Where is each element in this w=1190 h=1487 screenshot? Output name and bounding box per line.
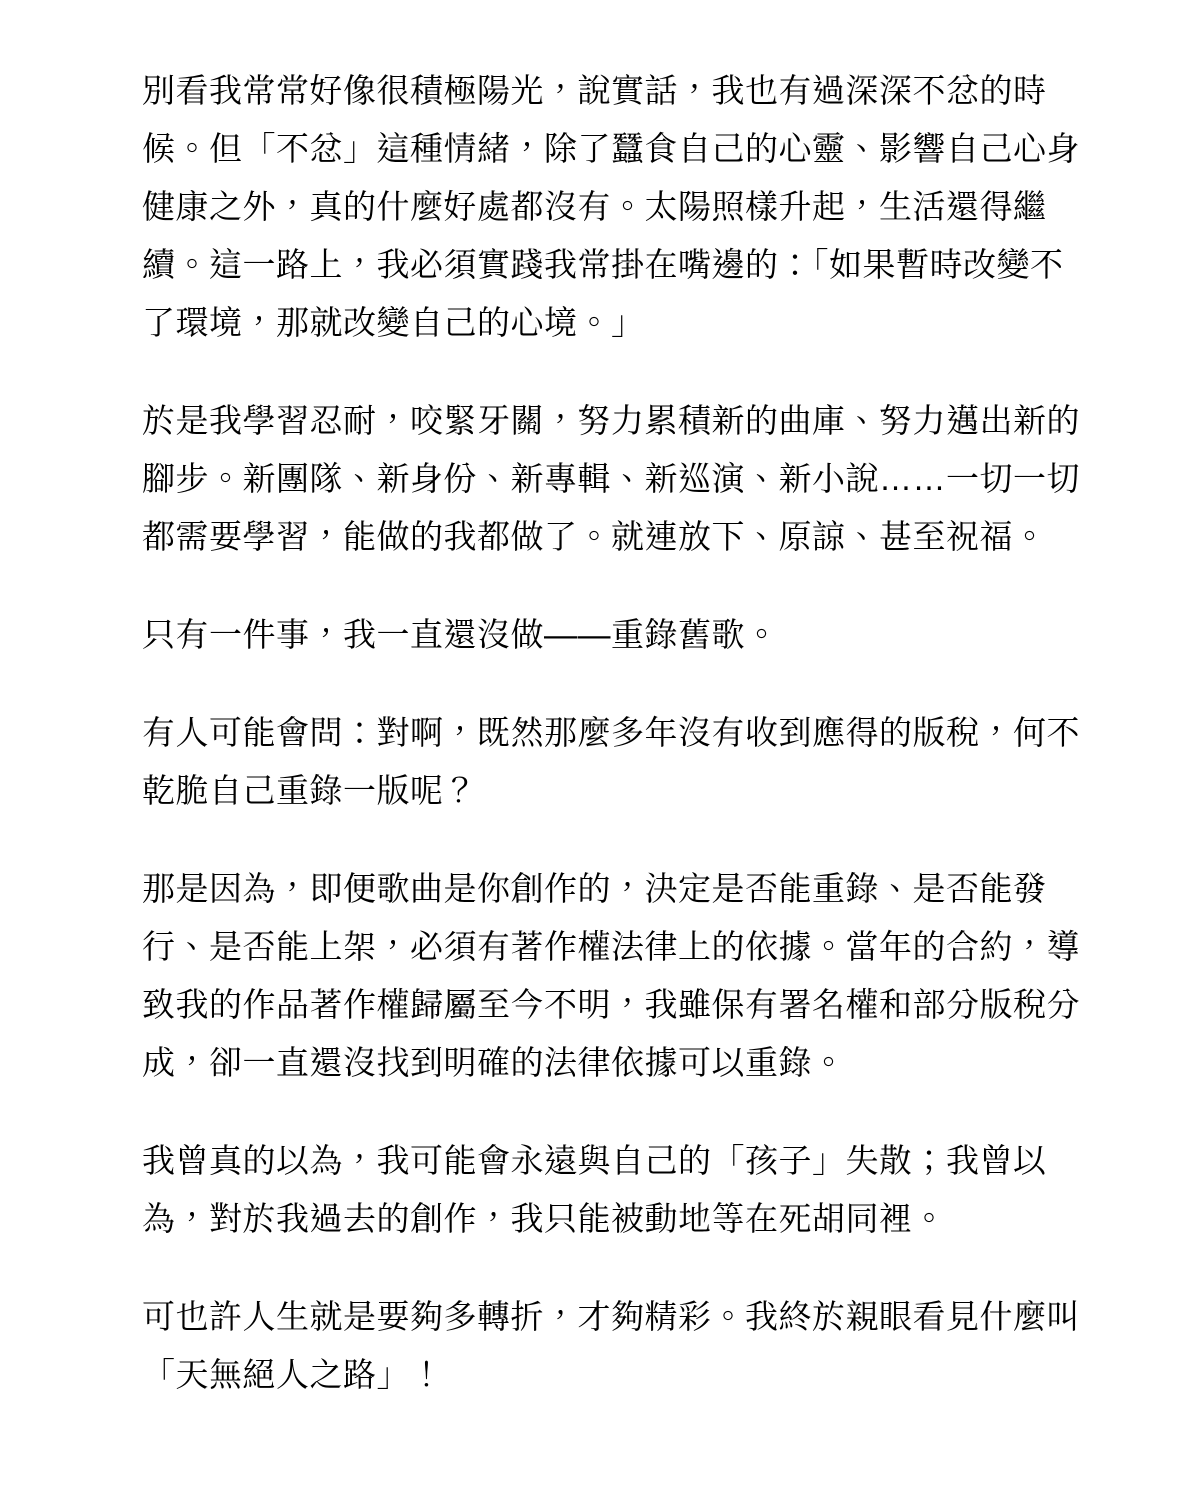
paragraph: 那是因為，即便歌曲是你創作的，決定是否能重錄、是否能發 行、是否能上架，必須有著… bbox=[142, 860, 1048, 1092]
paragraph: 於是我學習忍耐，咬緊牙關，努力累積新的曲庫、努力邁出新的 腳步。新團隊、新身份、… bbox=[142, 392, 1048, 566]
paragraph: 別看我常常好像很積極陽光，說實話，我也有過深深不忿的時 候。但「不忿」這種情緒，… bbox=[142, 62, 1048, 352]
paragraph: 只有一件事，我一直還沒做——重錄舊歌。 bbox=[142, 606, 1048, 664]
document-page: 別看我常常好像很積極陽光，說實話，我也有過深深不忿的時 候。但「不忿」這種情緒，… bbox=[0, 0, 1190, 1487]
paragraph: 我曾真的以為，我可能會永遠與自己的「孩子」失散；我曾以 為，對於我過去的創作，我… bbox=[142, 1132, 1048, 1248]
paragraph: 有人可能會問：對啊，既然那麼多年沒有收到應得的版稅，何不 乾脆自己重錄一版呢？ bbox=[142, 704, 1048, 820]
paragraph: 可也許人生就是要夠多轉折，才夠精彩。我終於親眼看見什麼叫 「天無絕人之路」！ bbox=[142, 1288, 1048, 1404]
